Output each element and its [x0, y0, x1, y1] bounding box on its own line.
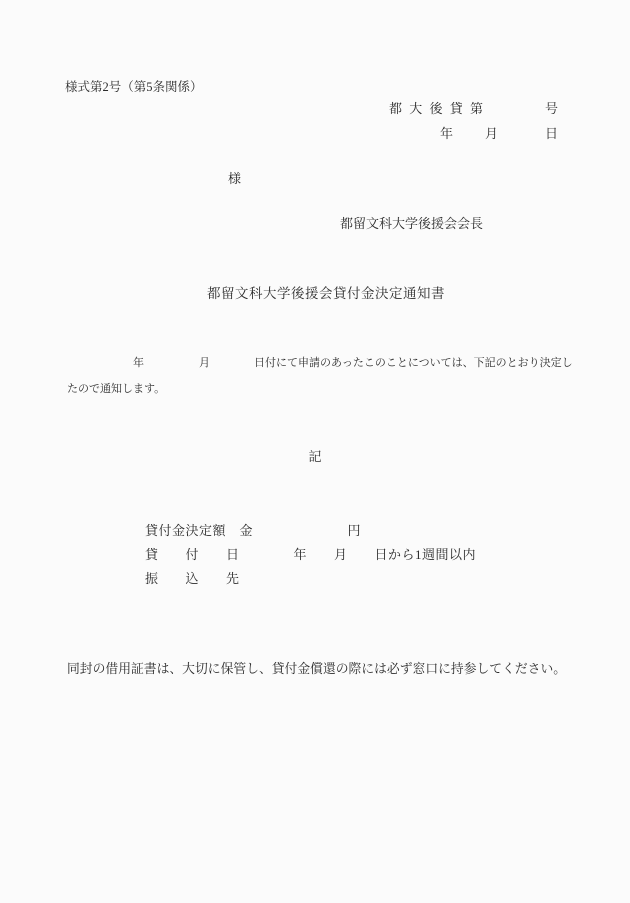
detail-row-transfer: 振 込 先 — [145, 572, 240, 585]
record-marker: 記 — [0, 450, 630, 463]
doc-number-line: 都 大 後 貸 第 号 — [389, 102, 560, 115]
footer-note: 同封の借用証書は、大切に保管し、貸付金償還の際には必ず窓口に持参してください。 — [67, 663, 566, 676]
sender-name: 都留文科大学後援会会長 — [340, 217, 483, 230]
body-paragraph-line-1: 年 月 日付にて申請のあったこのことについては、下記のとおり決定し — [67, 358, 573, 369]
document-page: 様式第2号（第5条関係） 都 大 後 貸 第 号 年 月 日 様 都留文科大学後… — [0, 0, 630, 903]
form-number-label: 様式第2号（第5条関係） — [65, 81, 203, 94]
detail-row-amount: 貸付金決定額 金 円 — [145, 524, 361, 537]
addressee-honorific: 様 — [228, 172, 241, 185]
document-title: 都留文科大学後援会貸付金決定通知書 — [0, 287, 630, 301]
body-paragraph-line-2: たので通知します。 — [67, 384, 165, 395]
detail-row-loan-date: 貸 付 日 年 月 日から1週間以内 — [145, 548, 476, 561]
date-line: 年 月 日 — [440, 127, 560, 140]
